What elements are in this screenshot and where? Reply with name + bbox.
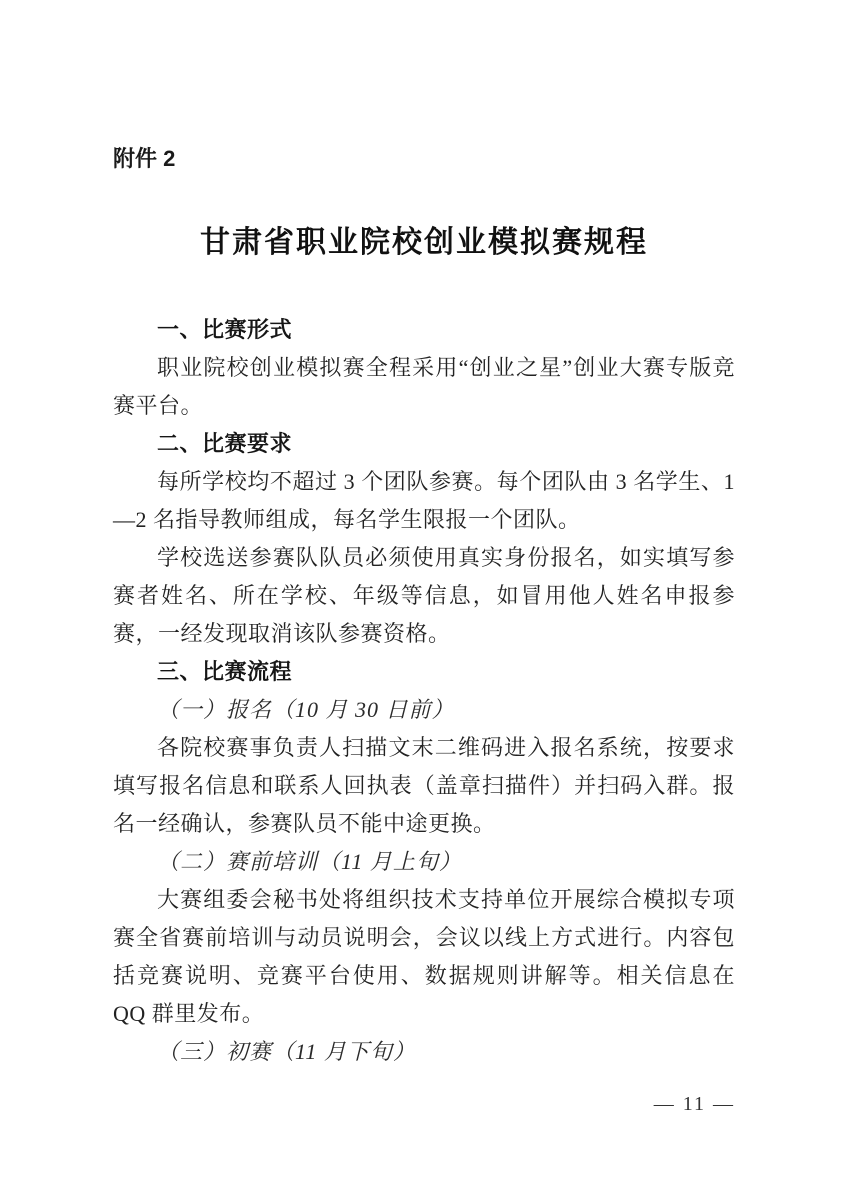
subsection-heading-pre-competition-training: （二）赛前培训（11 月上旬）: [113, 843, 735, 881]
section-heading-3: 三、比赛流程: [113, 653, 735, 691]
subsection-heading-preliminary-round: （三）初赛（11 月下旬）: [113, 1033, 735, 1071]
attachment-label: 附件 2: [113, 146, 848, 172]
section-heading-2: 二、比赛要求: [113, 425, 735, 463]
paragraph: 每所学校均不超过 3 个团队参赛。每个团队由 3 名学生、1—2 名指导教师组成…: [113, 463, 735, 539]
document-body: 一、比赛形式 职业院校创业模拟赛全程采用“创业之星”创业大赛专版竞赛平台。 二、…: [113, 311, 735, 1071]
paragraph: 学校选送参赛队队员必须使用真实身份报名，如实填写参赛者姓名、所在学校、年级等信息…: [113, 539, 735, 653]
section-heading-1: 一、比赛形式: [113, 311, 735, 349]
page-number: — 11 —: [654, 1093, 735, 1116]
paragraph: 职业院校创业模拟赛全程采用“创业之星”创业大赛专版竞赛平台。: [113, 349, 735, 425]
subsection-heading-registration: （一）报名（10 月 30 日前）: [113, 691, 735, 729]
document-page: 附件 2 甘肃省职业院校创业模拟赛规程 一、比赛形式 职业院校创业模拟赛全程采用…: [0, 0, 848, 1200]
paragraph: 大赛组委会秘书处将组织技术支持单位开展综合模拟专项赛全省赛前培训与动员说明会，会…: [113, 881, 735, 1033]
document-title: 甘肃省职业院校创业模拟赛规程: [0, 223, 848, 263]
paragraph: 各院校赛事负责人扫描文末二维码进入报名系统，按要求填写报名信息和联系人回执表（盖…: [113, 729, 735, 843]
